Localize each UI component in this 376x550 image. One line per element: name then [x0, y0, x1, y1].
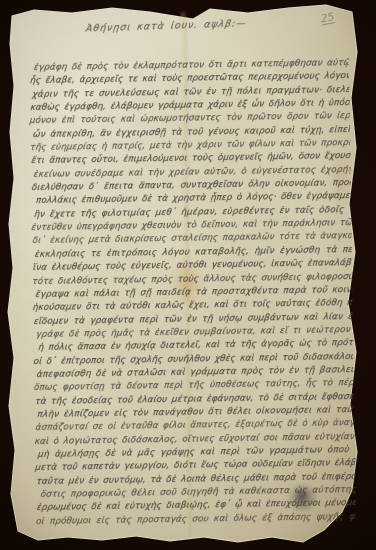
heading-dateline: Ἀθήνῃσι κατὰ ἰουν. αψλβ:— [85, 18, 248, 34]
letter-text: Ἀθήνῃσι κατὰ ἰουν. αψλβ:— 25 ἐγράφη δὲ π… [28, 11, 356, 540]
letter-header: Ἀθήνῃσι κατὰ ἰουν. αψλβ:— 25 [28, 11, 348, 38]
photographed-manuscript: Ἀθήνῃσι κατὰ ἰουν. αψλβ:— 25 ἐγράφη δὲ π… [0, 0, 376, 550]
letter-body: ἐγράφη δὲ πρὸς τὸν ἐκλαμπρότατον ὅτι ἄρτ… [29, 57, 356, 529]
folio-number: 25 [320, 11, 335, 25]
